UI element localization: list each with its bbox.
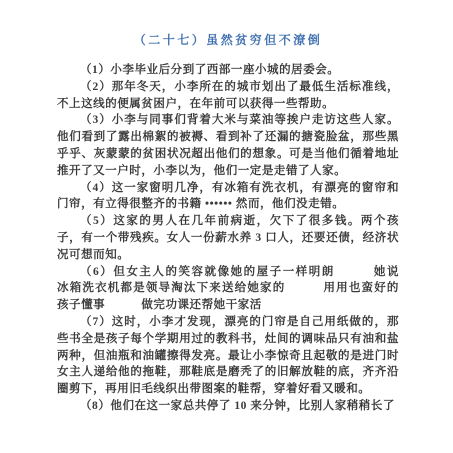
paragraph-7: （7）这时，小李才发现，漂亮的门帘是自己用纸做的，那些书全是孩子每个学期用过的教… [57, 314, 399, 398]
paragraph-8: （8）他们在这一家总共停了 10 来分钟，比别人家稍稍长了 [57, 398, 399, 415]
paragraph-3: （3）小李与同事们背着大米与菜油等挨户走访这些人家。他们看到了露出棉絮的被褥、看… [57, 112, 399, 179]
paragraph-5: （5）这家的男人在几年前病逝，欠下了很多钱。两个孩子，有一个带残疾。女人一份薪水… [57, 213, 399, 263]
paragraph-6: （6）但女主人的笑容就像她的屋子一样明朗 她说 冰箱洗衣机都是领导淘汰下来送给她… [57, 264, 399, 314]
doc-body: （1）小李毕业后分到了西部一座小城的居委会。 （2）那年冬天，小李所在的城市划出… [57, 62, 399, 415]
doc-title: （二十七）虽然贫穷但不潦倒 [57, 33, 399, 48]
paragraph-1: （1）小李毕业后分到了西部一座小城的居委会。 [57, 62, 399, 79]
document-page: （二十七）虽然贫穷但不潦倒 （1）小李毕业后分到了西部一座小城的居委会。 （2）… [0, 0, 453, 453]
paragraph-2: （2）那年冬天，小李所在的城市划出了最低生活标准线，不上这线的便属贫困户，在年前… [57, 79, 399, 113]
paragraph-4: （4）这一家窗明几净，有冰箱有洗衣机，有漂亮的窗帘和门帘，有立得很整齐的书籍 •… [57, 180, 399, 214]
